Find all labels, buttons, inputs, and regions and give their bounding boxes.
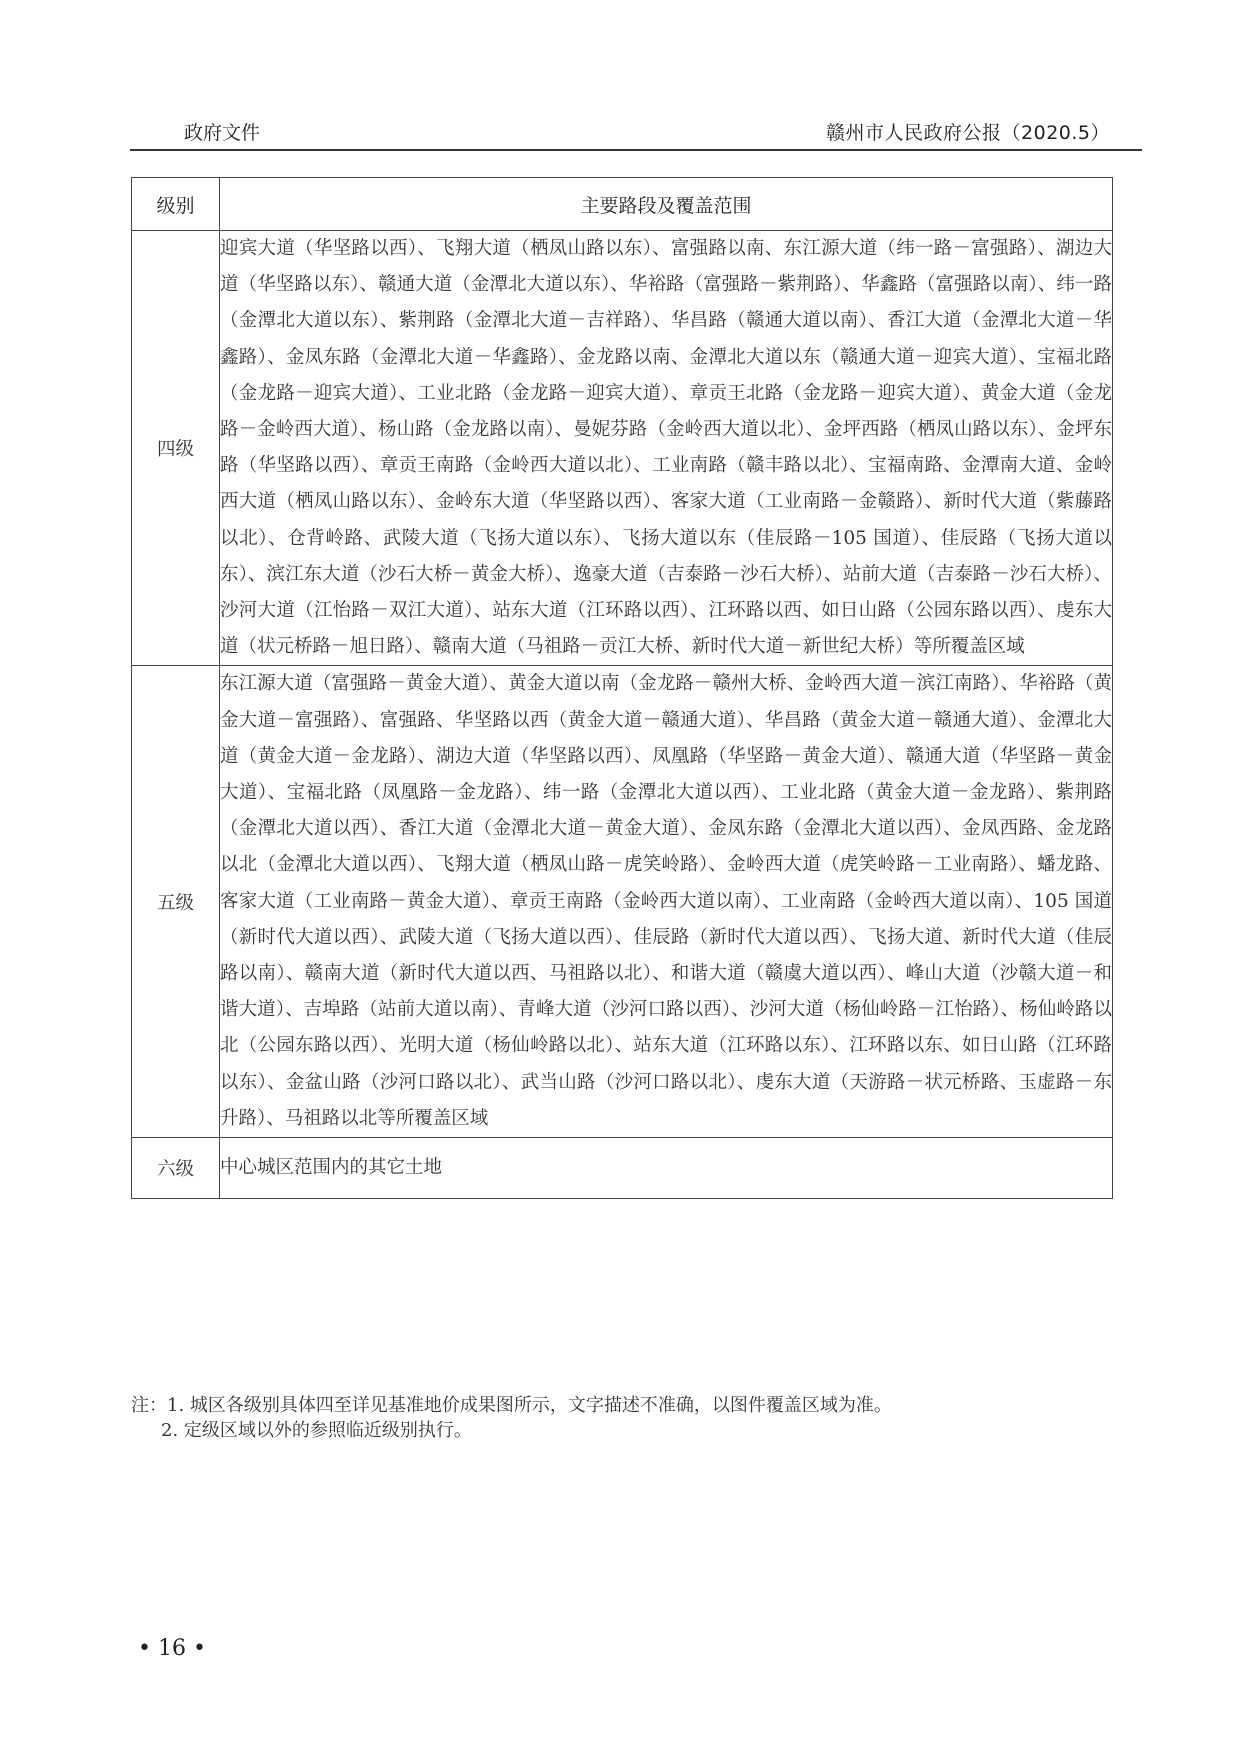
column-header-coverage: 主要路段及覆盖范围 [220,178,1113,231]
table-notes: 注：1. 城区各级别具体四至详见基准地价成果图所示，文字描述不准确，以图件覆盖区… [131,1393,1111,1443]
coverage-cell: 东江源大道（富强路－黄金大道）、黄金大道以南（金龙路－赣州大桥、金岭西大道－滨江… [220,666,1113,1138]
table-row-level-6: 六级 中心城区范围内的其它土地 [132,1138,1113,1199]
table-row-level-4: 四级 迎宾大道（华坚路以西）、飞翔大道（栖凤山路以东）、富强路以南、东江源大道（… [132,231,1113,666]
level-cell: 四级 [132,231,220,666]
land-grade-table: 级别 主要路段及覆盖范围 四级 迎宾大道（华坚路以西）、飞翔大道（栖凤山路以东）… [131,177,1113,1199]
column-header-level: 级别 [132,178,220,231]
header-publication-title: 赣州市人民政府公报（2020.5） [826,118,1110,145]
page-number: • 16 • [138,1636,206,1661]
header-section-title: 政府文件 [184,118,260,145]
header-divider [130,149,1142,151]
level-cell: 五级 [132,666,220,1138]
table-row-level-5: 五级 东江源大道（富强路－黄金大道）、黄金大道以南（金龙路－赣州大桥、金岭西大道… [132,666,1113,1138]
level-cell: 六级 [132,1138,220,1199]
running-header: 政府文件 赣州市人民政府公报（2020.5） [130,112,1110,148]
table-header-row: 级别 主要路段及覆盖范围 [132,178,1113,231]
coverage-cell: 迎宾大道（华坚路以西）、飞翔大道（栖凤山路以东）、富强路以南、东江源大道（纬一路… [220,231,1113,666]
coverage-cell: 中心城区范围内的其它土地 [220,1138,1113,1199]
note-1: 注：1. 城区各级别具体四至详见基准地价成果图所示，文字描述不准确，以图件覆盖区… [131,1393,1111,1418]
note-2: 2. 定级区域以外的参照临近级别执行。 [131,1418,1111,1443]
